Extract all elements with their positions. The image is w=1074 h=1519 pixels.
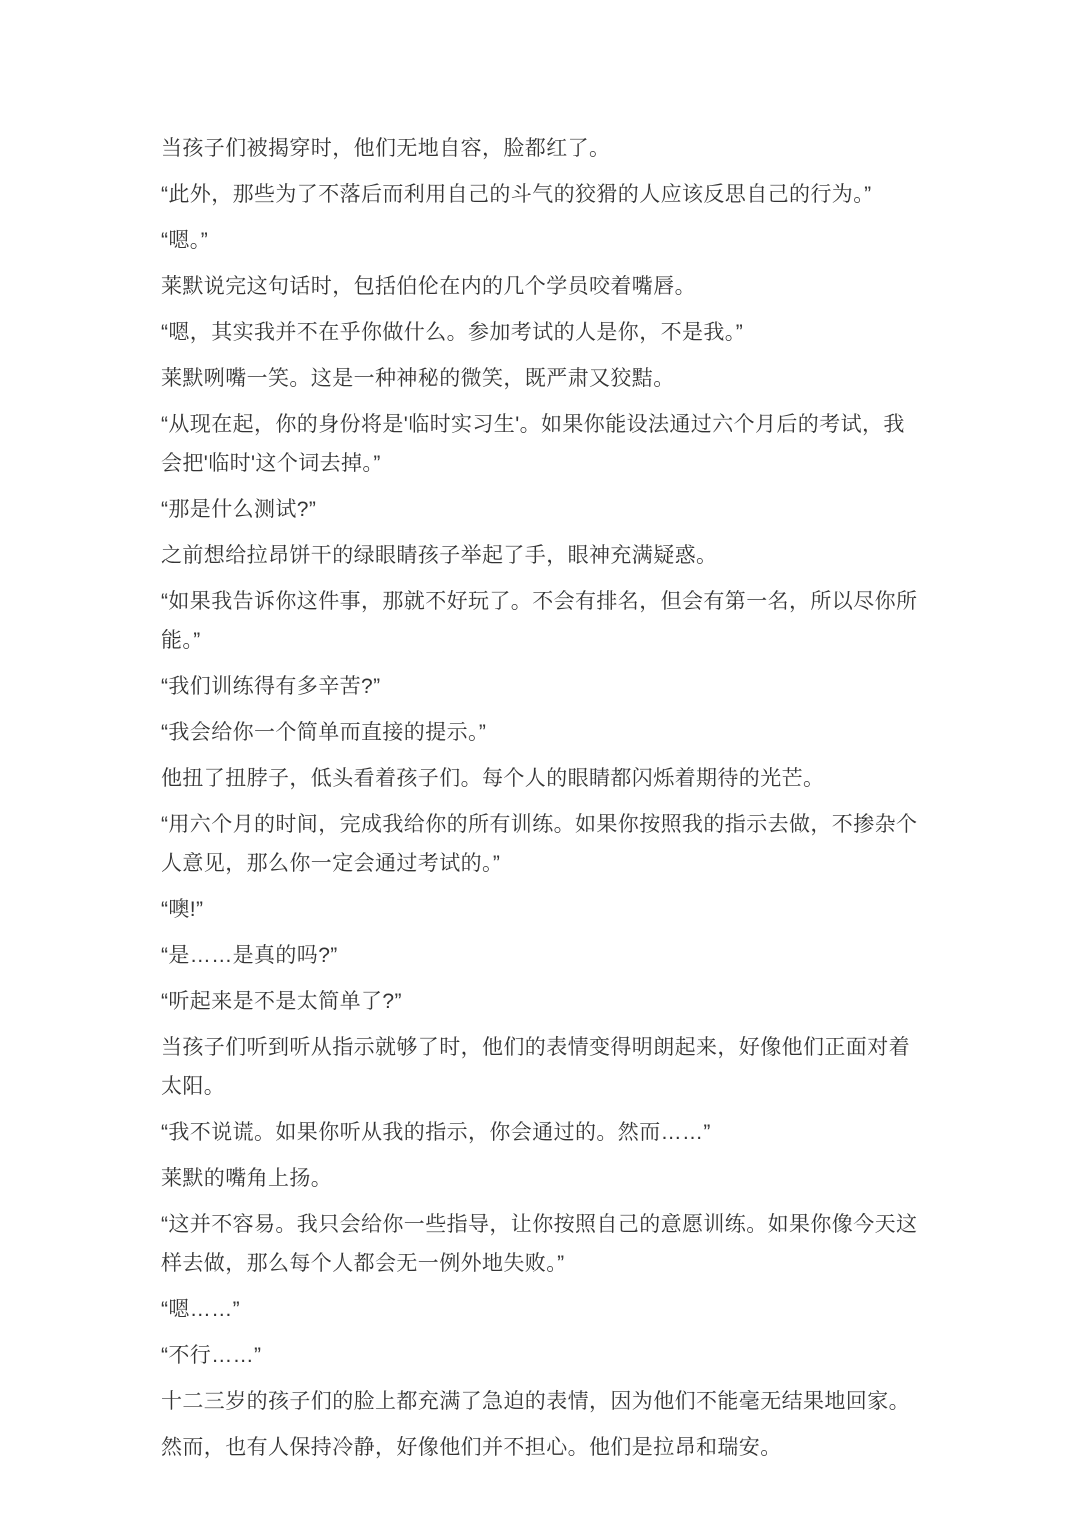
paragraph: “我们训练得有多辛苦?” [161,667,923,706]
paragraph: “用六个月的时间，完成我给你的所有训练。如果你按照我的指示去做，不掺杂个人意见，… [161,805,923,883]
paragraph: “嗯，其实我并不在乎你做什么。参加考试的人是你，不是我。” [161,313,923,352]
paragraph: “那是什么测试?” [161,490,923,529]
document-page: 当孩子们被揭穿时，他们无地自容，脸都红了。 “此外，那些为了不落后而利用自己的斗… [0,0,1074,1519]
paragraph: “如果我告诉你这件事，那就不好玩了。不会有排名，但会有第一名，所以尽你所能。” [161,582,923,660]
paragraph: 他扭了扭脖子，低头看着孩子们。每个人的眼睛都闪烁着期待的光芒。 [161,759,923,798]
paragraph: “此外，那些为了不落后而利用自己的斗气的狡猾的人应该反思自己的行为。” [161,175,923,214]
paragraph: 当孩子们听到听从指示就够了时，他们的表情变得明朗起来，好像他们正面对着太阳。 [161,1028,923,1106]
paragraph: “噢!” [161,890,923,929]
paragraph: “是……是真的吗?” [161,936,923,975]
paragraph: 莱默说完这句话时，包括伯伦在内的几个学员咬着嘴唇。 [161,267,923,306]
paragraph: 当孩子们被揭穿时，他们无地自容，脸都红了。 [161,129,923,168]
paragraph: 莱默咧嘴一笑。这是一种神秘的微笑，既严肃又狡黠。 [161,359,923,398]
paragraph: 十二三岁的孩子们的脸上都充满了急迫的表情，因为他们不能毫无结果地回家。 [161,1382,923,1421]
paragraph: “这并不容易。我只会给你一些指导，让你按照自己的意愿训练。如果你像今天这样去做，… [161,1205,923,1283]
text-content: 当孩子们被揭穿时，他们无地自容，脸都红了。 “此外，那些为了不落后而利用自己的斗… [161,129,923,1474]
paragraph: “嗯……” [161,1290,923,1329]
paragraph: 莱默的嘴角上扬。 [161,1159,923,1198]
paragraph: “听起来是不是太简单了?” [161,982,923,1021]
paragraph: “嗯。” [161,221,923,260]
paragraph: “我会给你一个简单而直接的提示。” [161,713,923,752]
paragraph: “我不说谎。如果你听从我的指示，你会通过的。然而……” [161,1113,923,1152]
paragraph: 然而，也有人保持冷静，好像他们并不担心。他们是拉昂和瑞安。 [161,1428,923,1467]
paragraph: “从现在起，你的身份将是'临时实习生'。如果你能设法通过六个月后的考试，我会把'… [161,405,923,483]
paragraph: “不行……” [161,1336,923,1375]
paragraph: 之前想给拉昂饼干的绿眼睛孩子举起了手，眼神充满疑惑。 [161,536,923,575]
